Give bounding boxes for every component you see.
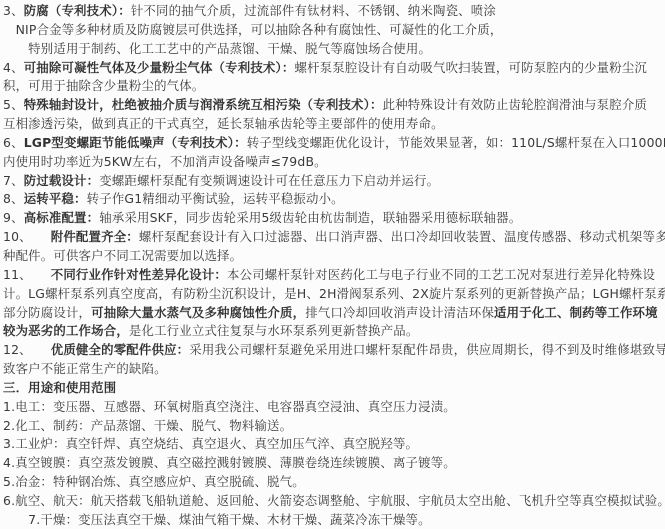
text-line: 8、运转平稳：转子作G1精细动平衡试验，运转平稳振动小。	[3, 190, 665, 209]
text-segment: 互相渗透污染，做到真正的干式真空，延长泵轴承齿轮等主要部件的使用寿命。	[3, 116, 444, 131]
bold-text-segment: 防腐（专利技术）：	[24, 3, 131, 18]
bold-text-segment: 特殊轴封设计，杜绝被抽介质与润滑系统互相污染（专利技术）：	[24, 97, 383, 112]
text-segment: 10、	[3, 229, 51, 244]
text-line: 部分防腐设计，可抽除大量水蒸气及多种腐蚀性介质，排气口冷却回收消声设计清洁环保适…	[3, 304, 665, 323]
text-segment: 本公司螺杆泵针对医药化工与电子行业不同的工艺工况对泵进行差异化特殊设	[227, 267, 655, 282]
text-segment: 2.化工、制药：产品蒸馏、干燥、脱气、物料输送。	[3, 418, 292, 433]
text-segment: 是化工行业立式往复泵与水环泵系列更新替换产品。	[129, 323, 419, 338]
text-segment: 排气口冷却回收消声设计清洁环保	[305, 305, 494, 320]
document-text-page: 3、防腐（专利技术）：针不同的抽气介质，过流部件有钛材料、不锈钢、纳米陶瓷、喷涂…	[0, 0, 665, 529]
text-segment: 7.干燥：变压法真空干燥、煤油气箱干燥、木材干燥、蔬菜冷冻干燥等。	[3, 512, 431, 527]
text-segment: 11、	[3, 267, 51, 282]
text-segment: 9、	[3, 210, 24, 225]
text-segment: 7、	[3, 173, 24, 188]
bold-text-segment: 适用于化工、制药等工作环境	[494, 305, 658, 320]
text-line: 12、 优质健全的零配件供应：采用我公司螺杆泵避免采用进口螺杆泵配件昂贵，供应周…	[3, 341, 665, 360]
bold-text-segment: 较为恶劣的工作场合，	[3, 323, 129, 338]
bold-text-segment: 不同行业作针对性差异化设计：	[51, 267, 227, 282]
text-line: 10、 附件配置齐全：螺杆泵配套设计有入口过滤器、出口消声器、出口冷却回收装置、…	[3, 228, 665, 247]
bold-text-segment: LGP型变螺距节能低噪声（专利技术）：	[24, 135, 247, 150]
text-segment: 采用我公司螺杆泵避免采用进口螺杆泵配件昂贵，供应周期长，得不到及时维修堪致导	[189, 342, 665, 357]
bold-text-segment: 高标准配置：	[24, 210, 100, 225]
text-line: 11、 不同行业作针对性差异化设计：本公司螺杆泵针对医药化工与电子行业不同的工艺…	[3, 266, 665, 285]
bold-text-segment: 可抽除大量水蒸气及多种腐蚀性介质，	[91, 305, 305, 320]
text-segment: 种配件。可供客户不同工况需要加以选择。	[3, 248, 242, 263]
text-segment: 5.冶金：特种钢冶炼、真空感应炉、真空脱硫、脱气。	[3, 474, 305, 489]
text-segment: 5、	[3, 97, 24, 112]
text-line: 三．用途和使用范围	[3, 379, 665, 398]
text-line: 种配件。可供客户不同工况需要加以选择。	[3, 247, 665, 266]
text-line: 5、特殊轴封设计，杜绝被抽介质与润滑系统互相污染（专利技术）：此种特殊设计有效防…	[3, 96, 665, 115]
text-segment: 螺杆泵泵腔设计有自动吸气吹扫装置，可防泵腔内的少量粉尘沉	[294, 60, 647, 75]
bold-text-segment: 三．用途和使用范围	[3, 380, 116, 395]
text-line: 4、可抽除可凝性气体及少量粉尘气体（专利技术）：螺杆泵泵腔设计有自动吸气吹扫装置…	[3, 59, 665, 78]
text-line: 9、高标准配置：轴承采用SKF，同步齿轮采用5级齿轮由杭齿制造，联轴器采用德标联…	[3, 209, 665, 228]
text-segment: 12、	[3, 342, 51, 357]
bold-text-segment: 运转平稳：	[24, 191, 87, 206]
text-segment: 计。LG螺杆泵系列真空度高，有防粉尘沉积设计，是H、2H滑阀泵系列、2X旋片泵系…	[3, 286, 665, 301]
text-line: 计。LG螺杆泵系列真空度高，有防粉尘沉积设计，是H、2H滑阀泵系列、2X旋片泵系…	[3, 285, 665, 304]
text-line: 特别适用于制药、化工工艺中的产品蒸馏、干燥、脱气等腐蚀场合使用。	[3, 40, 665, 59]
text-segment: 1.电工：变压器、互感器、环氧树脂真空浇注、电容器真空浸油、真空压力浸渍。	[3, 399, 456, 414]
text-segment: 变螺距螺杆泵配有变频调速设计可在任意压力下启动并运行。	[99, 173, 439, 188]
text-line: 5.冶金：特种钢冶炼、真空感应炉、真空脱硫、脱气。	[3, 473, 665, 492]
text-segment: 3、	[3, 3, 24, 18]
text-line: 积，可用于抽除含少量粉尘的气体。	[3, 77, 665, 96]
text-segment: 内使用时功率近为5KW左右，不加消声设备噪声≤79dB。	[3, 154, 327, 169]
text-segment: 特别适用于制药、化工工艺中的产品蒸馏、干燥、脱气等腐蚀场合使用。	[3, 41, 431, 56]
text-segment: 8、	[3, 191, 24, 206]
text-line: 6.航空、航天：航天搭载飞船轨道舱、返回舱、火箭姿态调整舱、宇航服、宇航员太空出…	[3, 492, 665, 511]
text-segment: 部分防腐设计，	[3, 305, 91, 320]
text-segment: 致客户不能正常生产的缺陷。	[3, 361, 167, 376]
text-line: NIP合金等多种材质及防腐镀层可供选择，可以抽除各种有腐蚀性、可凝性的化工介质，	[3, 21, 665, 40]
text-line: 较为恶劣的工作场合，是化工行业立式往复泵与水环泵系列更新替换产品。	[3, 322, 665, 341]
text-segment: 6.航空、航天：航天搭载飞船轨道舱、返回舱、火箭姿态调整舱、宇航服、宇航员太空出…	[3, 493, 665, 508]
text-line: 致客户不能正常生产的缺陷。	[3, 360, 665, 379]
text-line: 3.工业炉：真空钎焊、真空烧结、真空退火、真空加压气淬、真空脱羟等。	[3, 435, 665, 454]
text-segment: NIP合金等多种材质及防腐镀层可供选择，可以抽除各种有腐蚀性、可凝性的化工介质，	[3, 22, 502, 37]
text-segment: 螺杆泵配套设计有入口过滤器、出口消声器、出口冷却回收装置、温度传感器、移动式机架…	[139, 229, 665, 244]
text-segment: 轴承采用SKF，同步齿轮采用5级齿轮由杭齿制造，联轴器采用德标联轴器。	[99, 210, 521, 225]
text-line: 7.干燥：变压法真空干燥、煤油气箱干燥、木材干燥、蔬菜冷冻干燥等。	[3, 511, 665, 529]
text-line: 3、防腐（专利技术）：针不同的抽气介质，过流部件有钛材料、不锈钢、纳米陶瓷、喷涂	[3, 2, 665, 21]
text-line: 1.电工：变压器、互感器、环氧树脂真空浇注、电容器真空浸油、真空压力浸渍。	[3, 398, 665, 417]
text-segment: 4.真空镀膜：真空蒸发镀膜、真空磁控溅射镀膜、薄膜卷绕连续镀膜、离子镀等。	[3, 455, 456, 470]
bold-text-segment: 附件配置齐全：	[51, 229, 139, 244]
bold-text-segment: 优质健全的零配件供应：	[51, 342, 190, 357]
text-segment: 此种特殊设计有效防止齿轮腔润滑油与泵腔介质	[383, 97, 647, 112]
text-line: 4.真空镀膜：真空蒸发镀膜、真空磁控溅射镀膜、薄膜卷绕连续镀膜、离子镀等。	[3, 454, 665, 473]
bold-text-segment: 防过载设计：	[24, 173, 100, 188]
text-segment: 6、	[3, 135, 24, 150]
text-line: 2.化工、制药：产品蒸馏、干燥、脱气、物料输送。	[3, 417, 665, 436]
text-segment: 积，可用于抽除含少量粉尘的气体。	[3, 78, 204, 93]
text-line: 6、LGP型变螺距节能低噪声（专利技术）：转子型线变螺距优化设计，节能效果显著，…	[3, 134, 665, 153]
text-segment: 转子型线变螺距优化设计，节能效果显著，如：110L/S螺杆泵在入口1000Pa以	[247, 135, 665, 150]
text-segment: 3.工业炉：真空钎焊、真空烧结、真空退火、真空加压气淬、真空脱羟等。	[3, 436, 418, 451]
text-line: 互相渗透污染，做到真正的干式真空，延长泵轴承齿轮等主要部件的使用寿命。	[3, 115, 665, 134]
bold-text-segment: 可抽除可凝性气体及少量粉尘气体（专利技术）：	[24, 60, 295, 75]
text-segment: 针不同的抽气介质，过流部件有钛材料、不锈钢、纳米陶瓷、喷涂	[131, 3, 496, 18]
text-segment: 转子作G1精细动平衡试验，运转平稳振动小。	[87, 191, 344, 206]
text-line: 7、防过载设计：变螺距螺杆泵配有变频调速设计可在任意压力下启动并运行。	[3, 172, 665, 191]
text-segment: 4、	[3, 60, 24, 75]
text-line: 内使用时功率近为5KW左右，不加消声设备噪声≤79dB。	[3, 153, 665, 172]
